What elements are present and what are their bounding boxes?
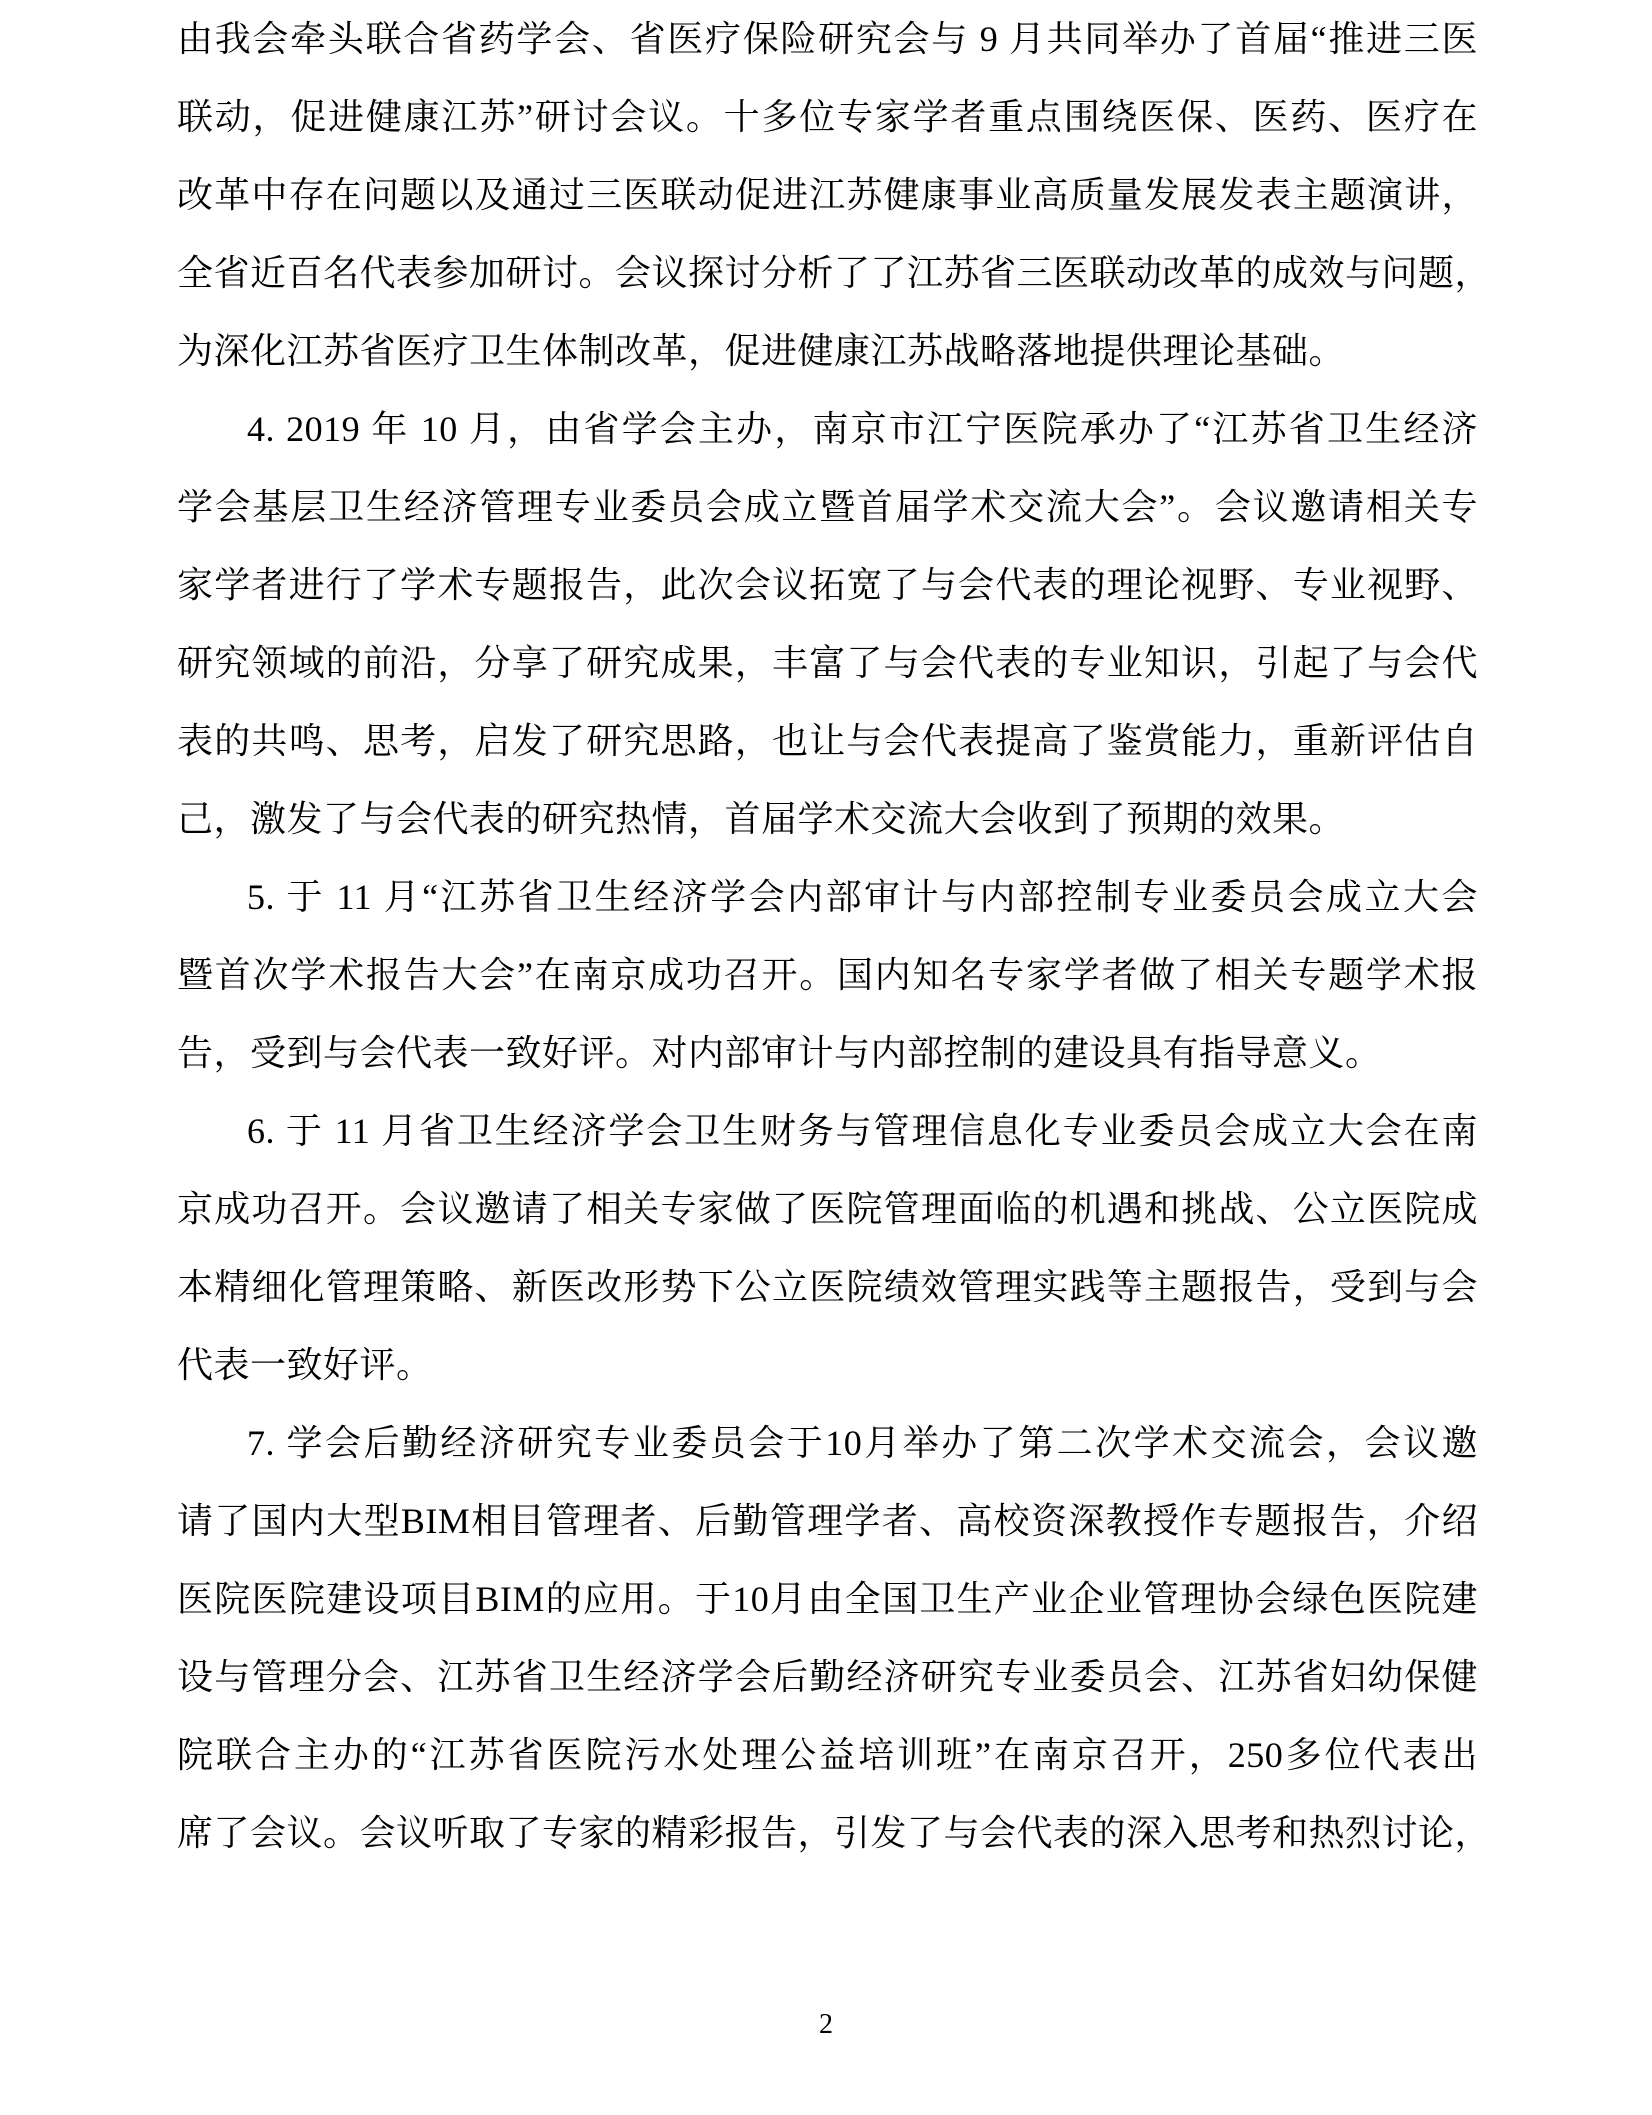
- text-line: 己，激发了与会代表的研究热情，首届学术交流大会收到了预期的效果。: [177, 780, 1478, 858]
- text-line: 席了会议。会议听取了专家的精彩报告，引发了与会代表的深入思考和热烈讨论，: [177, 1794, 1478, 1872]
- text-line: 告，受到与会代表一致好评。对内部审计与内部控制的建设具有指导意义。: [177, 1014, 1478, 1092]
- text-line: 学会基层卫生经济管理专业委员会成立暨首届学术交流大会”。会议邀请相关专: [177, 468, 1478, 546]
- text-line: 医院医院建设项目BIM的应用。于10月由全国卫生产业企业管理协会绿色医院建: [177, 1560, 1478, 1638]
- text-line: 表的共鸣、思考，启发了研究思路，也让与会代表提高了鉴赏能力，重新评估自: [177, 702, 1478, 780]
- text-line: 全省近百名代表参加研讨。会议探讨分析了了江苏省三医联动改革的成效与问题，: [177, 234, 1478, 312]
- text-line: 由我会牵头联合省药学会、省医疗保险研究会与 9 月共同举办了首届“推进三医: [177, 0, 1478, 78]
- page-number: 2: [0, 2005, 1652, 2045]
- text-line: 京成功召开。会议邀请了相关专家做了医院管理面临的机遇和挑战、公立医院成: [177, 1170, 1478, 1248]
- text-line: 7. 学会后勤经济研究专业委员会于10月举办了第二次学术交流会，会议邀: [177, 1404, 1478, 1482]
- text-line: 4. 2019 年 10 月，由省学会主办，南京市江宁医院承办了“江苏省卫生经济: [177, 390, 1478, 468]
- document-page: 由我会牵头联合省药学会、省医疗保险研究会与 9 月共同举办了首届“推进三医 联动…: [0, 0, 1652, 2115]
- text-line: 设与管理分会、江苏省卫生经济学会后勤经济研究专业委员会、江苏省妇幼保健: [177, 1638, 1478, 1716]
- document-body: 由我会牵头联合省药学会、省医疗保险研究会与 9 月共同举办了首届“推进三医 联动…: [177, 0, 1478, 1872]
- text-line: 家学者进行了学术专题报告，此次会议拓宽了与会代表的理论视野、专业视野、: [177, 546, 1478, 624]
- text-line: 研究领域的前沿，分享了研究成果，丰富了与会代表的专业知识，引起了与会代: [177, 624, 1478, 702]
- text-line: 联动，促进健康江苏”研讨会议。十多位专家学者重点围绕医保、医药、医疗在: [177, 78, 1478, 156]
- text-line: 改革中存在问题以及通过三医联动促进江苏健康事业高质量发展发表主题演讲，: [177, 156, 1478, 234]
- text-line: 代表一致好评。: [177, 1326, 1478, 1404]
- text-line: 院联合主办的“江苏省医院污水处理公益培训班”在南京召开，250多位代表出: [177, 1716, 1478, 1794]
- text-line: 5. 于 11 月“江苏省卫生经济学会内部审计与内部控制专业委员会成立大会: [177, 858, 1478, 936]
- text-line: 请了国内大型BIM相目管理者、后勤管理学者、高校资深教授作专题报告，介绍: [177, 1482, 1478, 1560]
- text-line: 为深化江苏省医疗卫生体制改革，促进健康江苏战略落地提供理论基础。: [177, 312, 1478, 390]
- text-line: 6. 于 11 月省卫生经济学会卫生财务与管理信息化专业委员会成立大会在南: [177, 1092, 1478, 1170]
- text-line: 本精细化管理策略、新医改形势下公立医院绩效管理实践等主题报告，受到与会: [177, 1248, 1478, 1326]
- text-line: 暨首次学术报告大会”在南京成功召开。国内知名专家学者做了相关专题学术报: [177, 936, 1478, 1014]
